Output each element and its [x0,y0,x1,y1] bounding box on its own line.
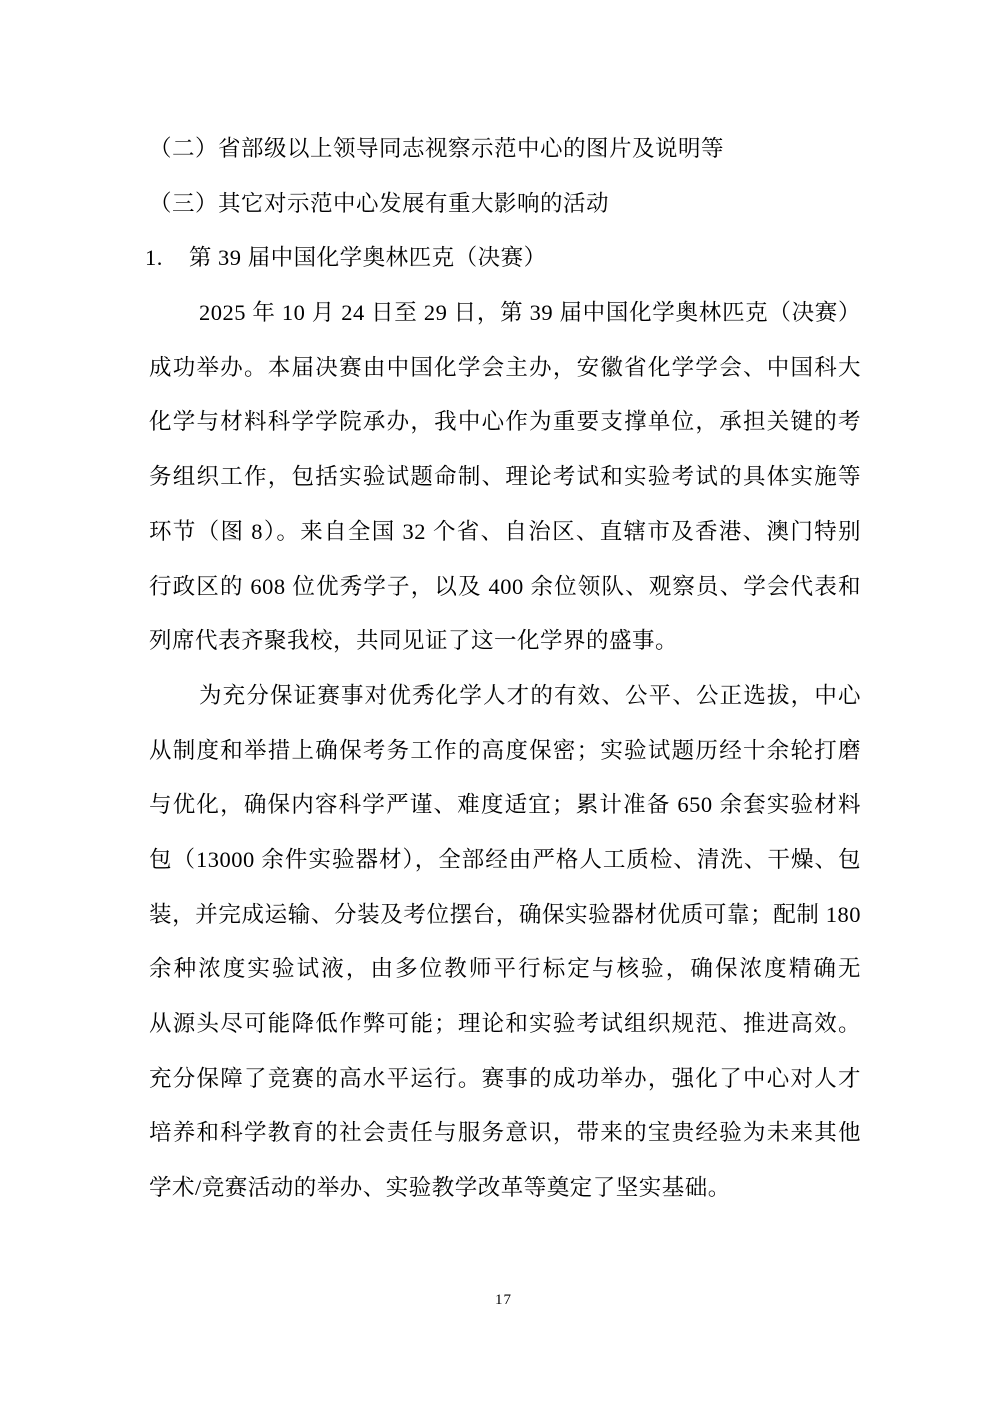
paragraph-2-line: 装，并完成运输、分装及考位摆台，确保实验器材优质可靠；配制 180 [149,888,861,943]
paragraph-2-line: 充分保障了竞赛的高水平运行。赛事的成功举办，强化了中心对人才 [149,1052,861,1107]
paragraph-2-line: 培养和科学教育的社会责任与服务意识，带来的宝贵经验为未来其他 [149,1106,861,1161]
paragraph-2-line: 余种浓度实验试液，由多位教师平行标定与核验，确保浓度精确无误， [149,942,861,997]
paragraph-2-line: 与优化，确保内容科学严谨、难度适宜；累计准备 650 余套实验材料 [149,778,861,833]
paragraph-2-line: 学术/竞赛活动的举办、实验教学改革等奠定了坚实基础。 [149,1161,861,1216]
section-heading-title: 第 39 届中国化学奥林匹克（决赛） [189,245,547,270]
section-heading-number: 1. [145,231,163,286]
page-number: 17 [0,1292,1007,1309]
paragraph-1-line: 化学与材料科学学院承办，我中心作为重要支撑单位，承担关键的考 [149,395,861,450]
paragraph-1-line: 环节（图 8）。来自全国 32 个省、自治区、直辖市及香港、澳门特别 [149,505,861,560]
paragraph-2-line: 为充分保证赛事对优秀化学人才的有效、公平、公正选拔，中心 [149,669,861,724]
paragraph-2-line: 从制度和举措上确保考务工作的高度保密；实验试题历经十余轮打磨 [149,724,861,779]
paragraph-1-line: 成功举办。本届决赛由中国化学会主办，安徽省化学学会、中国科大 [149,341,861,396]
document-page: （二）省部级以上领导同志视察示范中心的图片及说明等 （三）其它对示范中心发展有重… [0,0,1007,1424]
section-heading: 1.第 39 届中国化学奥林匹克（决赛） [149,231,861,286]
paragraph-2-line: 包（13000 余件实验器材），全部经由严格人工质检、清洗、干燥、包 [149,833,861,888]
paragraph-1-line: 2025 年 10 月 24 日至 29 日，第 39 届中国化学奥林匹克（决赛… [149,286,861,341]
paragraph-1-line: 列席代表齐聚我校，共同见证了这一化学界的盛事。 [149,614,861,669]
paragraph-2-line: 从源头尽可能降低作弊可能；理论和实验考试组织规范、推进高效。 [149,997,861,1052]
paragraph-1-line: 行政区的 608 位优秀学子，以及 400 余位领队、观察员、学会代表和 [149,560,861,615]
outline-item-2: （二）省部级以上领导同志视察示范中心的图片及说明等 [149,122,861,177]
paragraph-1-line: 务组织工作，包括实验试题命制、理论考试和实验考试的具体实施等 [149,450,861,505]
document-text-block: （二）省部级以上领导同志视察示范中心的图片及说明等 （三）其它对示范中心发展有重… [149,122,861,1216]
outline-item-3: （三）其它对示范中心发展有重大影响的活动 [149,177,861,232]
